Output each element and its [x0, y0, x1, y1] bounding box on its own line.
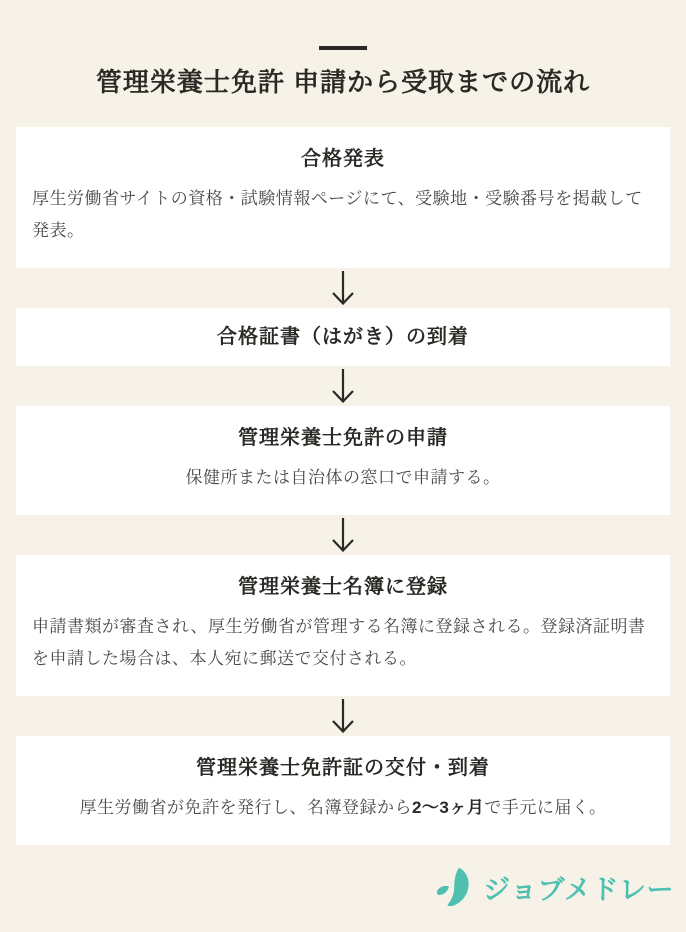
step-box-license-application: 管理栄養士免許の申請 保健所または自治体の窓口で申請する。 — [16, 406, 670, 515]
down-arrow-icon — [330, 369, 356, 403]
down-arrow-icon — [330, 518, 356, 552]
step-title: 合格発表 — [32, 147, 654, 171]
title-accent-line — [319, 46, 367, 50]
down-arrow-icon — [330, 699, 356, 733]
step-box-certificate-postcard-arrival: 合格証書（はがき）の到着 — [16, 308, 670, 366]
step-box-pass-announcement: 合格発表 厚生労働省サイトの資格・試験情報ページにて、受験地・受験番号を掲載して… — [16, 127, 670, 268]
step-description: 厚生労働省が免許を発行し、名簿登録から2〜3ヶ月で手元に届く。 — [32, 792, 654, 824]
step-title: 管理栄養士名簿に登録 — [32, 575, 654, 599]
flow-diagram: 合格発表 厚生労働省サイトの資格・試験情報ページにて、受験地・受験番号を掲載して… — [16, 127, 670, 845]
step-description-suffix: で手元に届く。 — [484, 798, 606, 817]
footer: ジョブメドレー — [0, 866, 686, 908]
flow-arrow — [16, 366, 670, 406]
step-title: 管理栄養士免許の申請 — [32, 426, 654, 450]
infographic-page: { "page": { "title": "管理栄養士免許 申請から受取までの流… — [0, 0, 686, 932]
flow-arrow — [16, 268, 670, 308]
flow-arrow — [16, 515, 670, 555]
step-description: 申請書類が審査され、厚生労働省が管理する名簿に登録される。登録済証明書を申請した… — [32, 611, 654, 675]
step-title: 管理栄養士免許証の交付・到着 — [32, 756, 654, 780]
step-description-emphasis: 2〜3ヶ月 — [412, 798, 484, 817]
jobmedley-logo-text: ジョブメドレー — [483, 868, 674, 907]
step-description: 保健所または自治体の窓口で申請する。 — [32, 462, 654, 494]
page-title: 管理栄養士免許 申請から受取までの流れ — [0, 64, 686, 100]
jobmedley-swoosh-icon — [435, 866, 471, 908]
down-arrow-icon — [330, 271, 356, 305]
jobmedley-logo: ジョブメドレー — [435, 866, 674, 908]
step-box-license-delivery: 管理栄養士免許証の交付・到着 厚生労働省が免許を発行し、名簿登録から2〜3ヶ月で… — [16, 736, 670, 845]
step-description-prefix: 厚生労働省が免許を発行し、名簿登録から — [79, 798, 412, 817]
step-description: 厚生労働省サイトの資格・試験情報ページにて、受験地・受験番号を掲載して発表。 — [32, 183, 654, 247]
flow-arrow — [16, 696, 670, 736]
step-title: 合格証書（はがき）の到着 — [32, 325, 654, 349]
step-box-registry-registration: 管理栄養士名簿に登録 申請書類が審査され、厚生労働省が管理する名簿に登録される。… — [16, 555, 670, 696]
